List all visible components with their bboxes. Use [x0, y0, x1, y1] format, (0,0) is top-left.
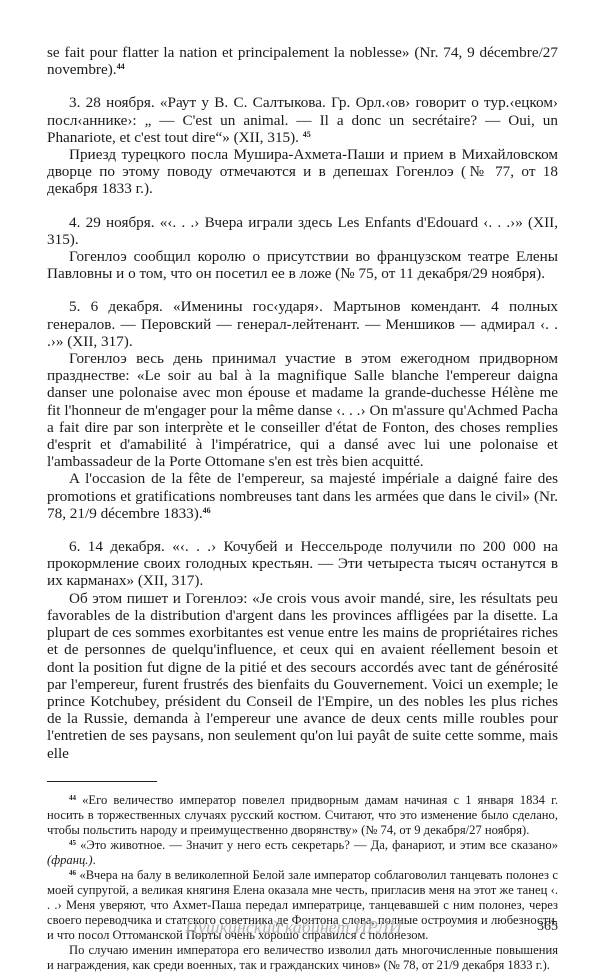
entry-3-commentary: Приезд турецкого посла Мушира-Ахмета-Паш… — [47, 146, 558, 198]
entry-5-commentary: Гогенлоэ весь день принимал участие в эт… — [47, 350, 558, 470]
continuation-paragraph: se fait pour flatter la nation et princi… — [47, 44, 558, 78]
entry-3-heading: 3. 28 ноября. «Раут у В. С. Салтыкова. Г… — [47, 94, 558, 146]
footnote-46-cont: По случаю именин императора его величест… — [47, 943, 558, 973]
footnote-ref-44[interactable]: 44 — [117, 62, 125, 71]
watermark: Пушкинский кабинет ИРЛИ — [185, 917, 402, 938]
entry-4-heading: 4. 29 ноября. «‹. . .› Вчера играли здес… — [47, 214, 558, 248]
footnote-ref-45[interactable]: 45 — [303, 130, 311, 139]
page-footer: Пушкинский кабинет ИРЛИ 365 — [47, 917, 558, 941]
footnote-num: 45 — [69, 839, 76, 847]
entry-5-heading: 5. 6 декабря. «Именины гос‹ударя›. Марты… — [47, 298, 558, 350]
page-number: 365 — [537, 919, 558, 935]
footnote-num: 44 — [69, 794, 76, 802]
footnote-44: 44 «Его величество император повелел при… — [47, 793, 558, 838]
entry-4-commentary: Гогенлоэ сообщил королю о присутствии во… — [47, 248, 558, 282]
document-page: se fait pour flatter la nation et princi… — [47, 44, 558, 973]
footnote-num: 46 — [69, 869, 76, 877]
entry-6-heading: 6. 14 декабря. «‹. . .› Кочубей и Нессел… — [47, 538, 558, 590]
footnote-separator — [47, 781, 157, 782]
footnote-45: 45 «Это животное. — Значит у него есть с… — [47, 838, 558, 868]
footnote-ref-46[interactable]: 46 — [203, 506, 211, 515]
entry-5-commentary-cont: A l'occasion de la fête de l'empereur, s… — [47, 470, 558, 522]
entry-6-commentary: Об этом пишет и Гогенлоэ: «Je crois vous… — [47, 590, 558, 762]
